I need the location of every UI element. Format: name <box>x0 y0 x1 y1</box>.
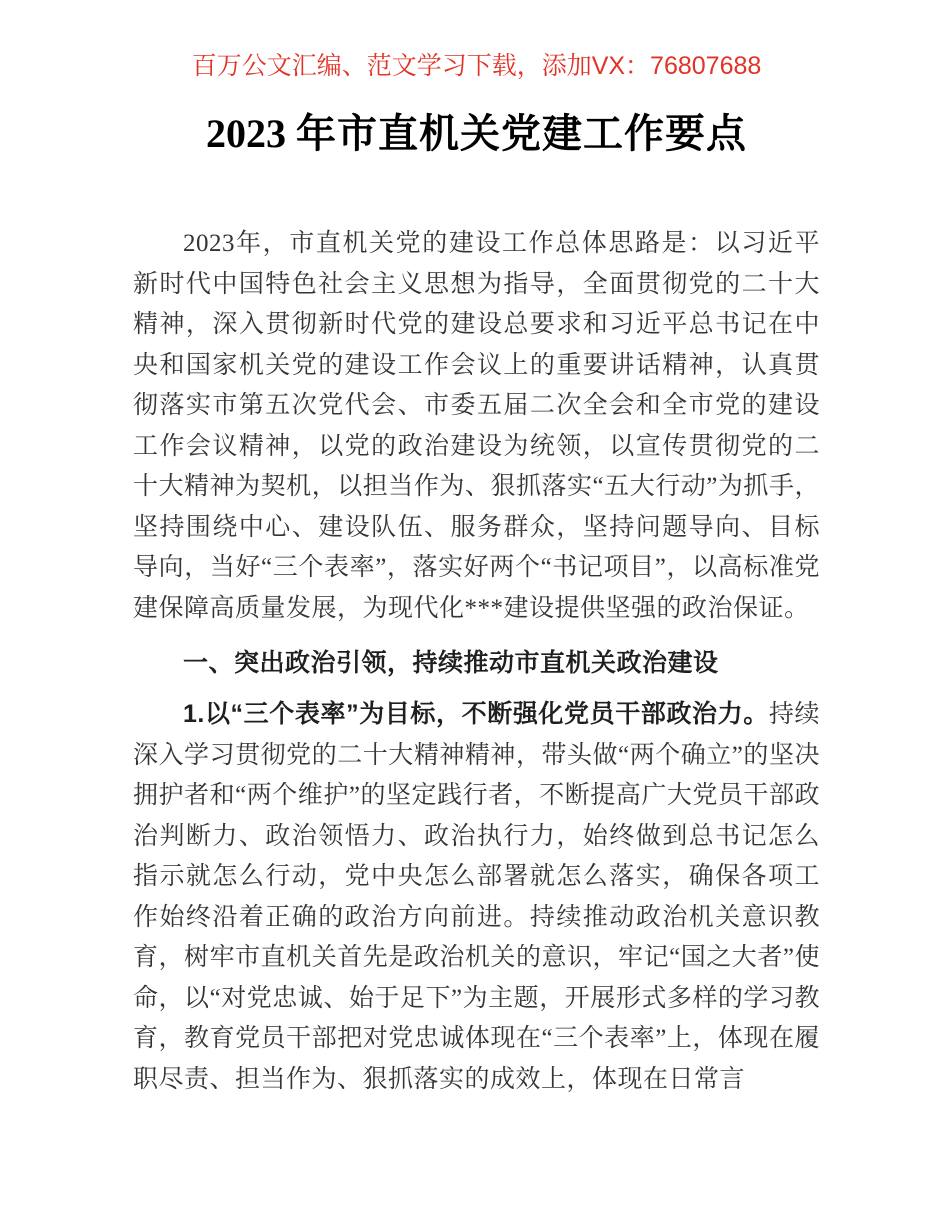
document-title-text: 年市直机关党建工作要点 <box>296 111 747 156</box>
intro-paragraph: 2023年，市直机关党的建设工作总体思路是：以习近平新时代中国特色社会主义思想为… <box>133 224 820 629</box>
section-1-paragraph-1: 1.以“三个表率”为目标，不断强化党员干部政治力。持续深入学习贯彻党的二十大精神… <box>133 694 820 1100</box>
section-1-paragraph-1-lead: 1.以“三个表率”为目标，不断强化党员干部政治力。 <box>183 700 769 728</box>
document-title: 2023年市直机关党建工作要点 <box>133 108 820 160</box>
document-title-year: 2023 <box>206 111 286 156</box>
document-page: 百万公文汇编、范文学习下载，添加VX：76807688 2023年市直机关党建工… <box>0 0 950 1230</box>
section-1-paragraph-1-body: 持续深入学习贯彻党的二十大精神精神，带头做“两个确立”的坚决拥护者和“两个维护”… <box>133 701 820 1093</box>
watermark-notice: 百万公文汇编、范文学习下载，添加VX：76807688 <box>133 50 820 82</box>
section-1-heading: 一、突出政治引领，持续推动市直机关政治建设 <box>133 643 820 684</box>
